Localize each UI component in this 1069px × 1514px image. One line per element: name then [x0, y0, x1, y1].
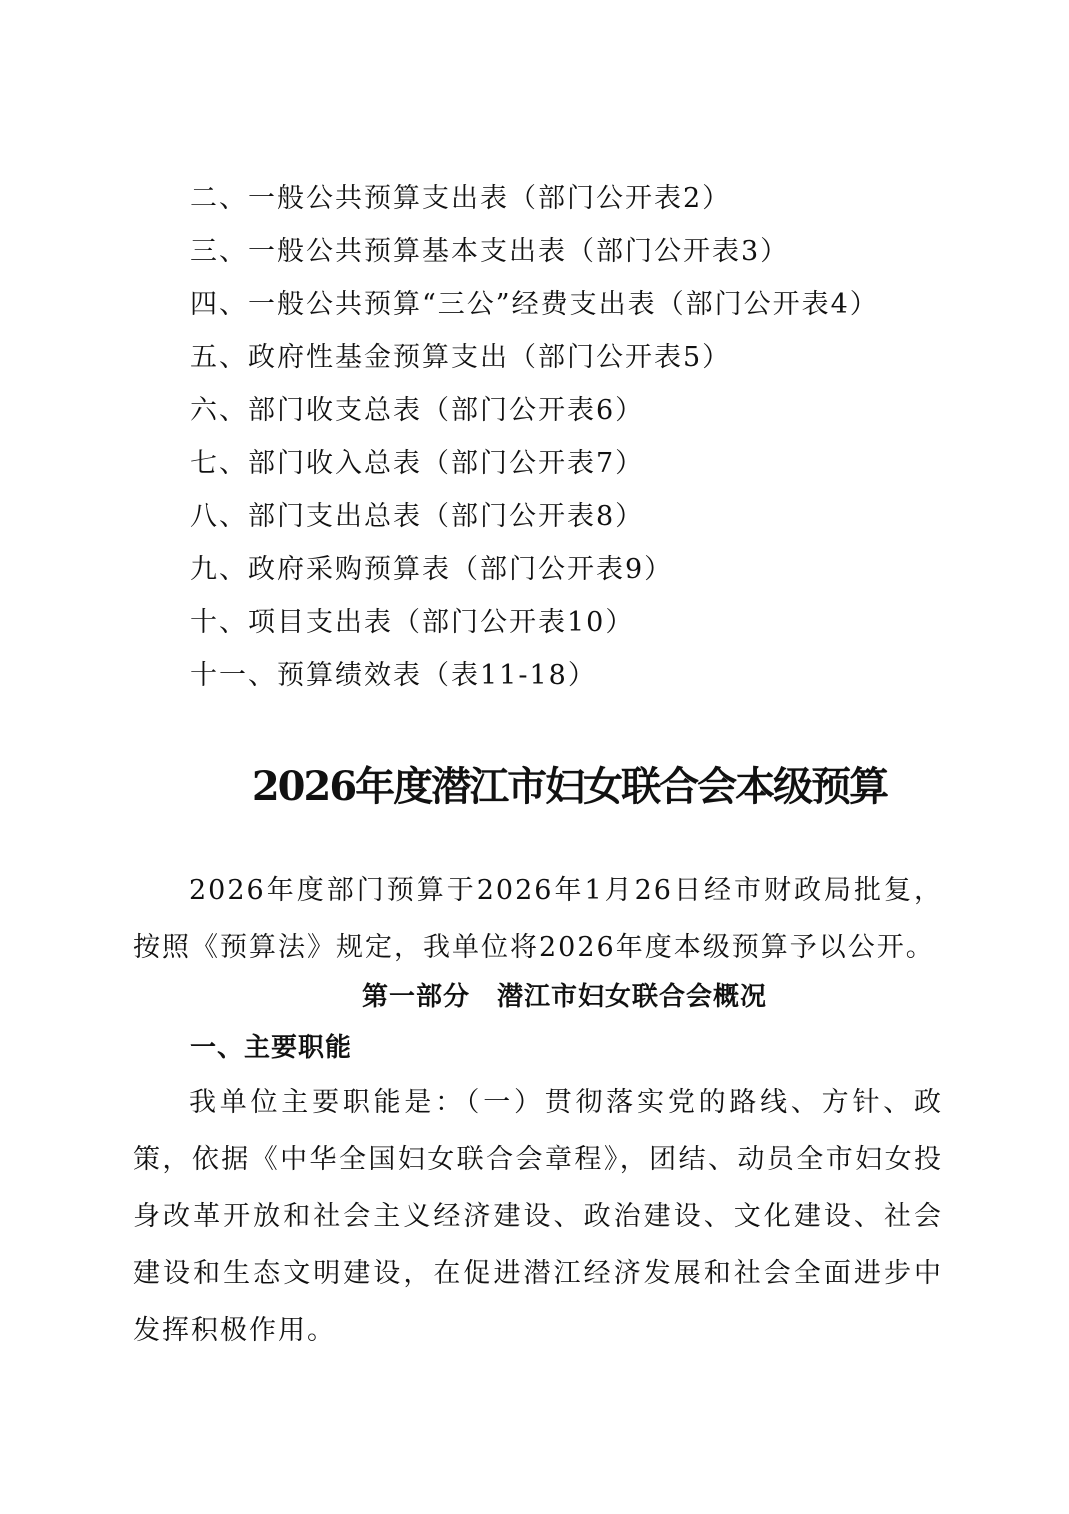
toc-item: 八、部门支出总表（部门公开表8）: [190, 490, 879, 543]
toc-item: 六、部门收支总表（部门公开表6）: [190, 384, 879, 437]
toc-item: 十一、预算绩效表（表11-18）: [190, 649, 879, 702]
toc-item: 四、一般公共预算“三公”经费支出表（部门公开表4）: [190, 278, 879, 331]
toc-item: 三、一般公共预算基本支出表（部门公开表3）: [190, 225, 879, 278]
toc-item: 十、项目支出表（部门公开表10）: [190, 596, 879, 649]
functions-paragraph: 我单位主要职能是：（一）贯彻落实党的路线、方针、政策，依据《中华全国妇女联合会章…: [133, 1074, 943, 1359]
document-title: 2026年度潜江市妇女联合会本级预算: [0, 755, 1069, 812]
section-heading: 一、主要职能: [190, 1023, 352, 1073]
toc-item: 七、部门收入总表（部门公开表7）: [190, 437, 879, 490]
table-of-contents: 二、一般公共预算支出表（部门公开表2） 三、一般公共预算基本支出表（部门公开表3…: [190, 172, 879, 702]
part-heading: 第一部分 潜江市妇女联合会概况: [0, 972, 1069, 1022]
toc-item: 九、政府采购预算表（部门公开表9）: [190, 543, 879, 596]
toc-item: 五、政府性基金预算支出（部门公开表5）: [190, 331, 879, 384]
intro-paragraph: 2026年度部门预算于2026年1月26日经市财政局批复，按照《预算法》规定，我…: [133, 862, 943, 976]
toc-item: 二、一般公共预算支出表（部门公开表2）: [190, 172, 879, 225]
